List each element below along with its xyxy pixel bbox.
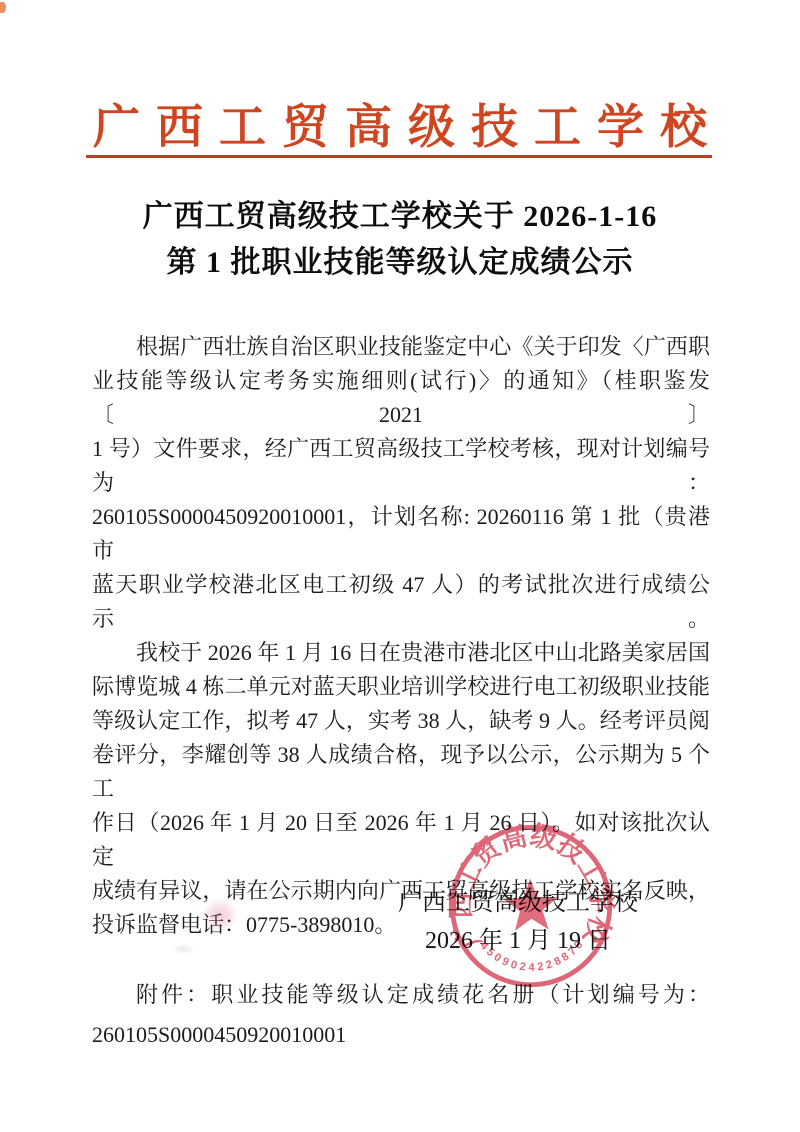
official-seal: 广西工贸高级技工学校 4509024228878 bbox=[410, 785, 652, 1027]
body-line: 我校于 2026 年 1 月 16 日在贵港市港北区中山北路美家居国 bbox=[92, 636, 710, 670]
ink-smudge-small bbox=[168, 942, 198, 956]
body-line: 业技能等级认定考务实施细则(试行)〉的通知》（桂职鉴发〔2021〕 bbox=[92, 364, 710, 432]
seal-number-textpath: 4509024228878 bbox=[477, 936, 586, 975]
body-line: 根据广西壮族自治区职业技能鉴定中心《关于印发〈广西职 bbox=[92, 330, 710, 364]
document-title-line1: 广西工贸高级技工学校关于 2026-1-16 bbox=[0, 194, 800, 240]
body-line: 260105S0000450920010001 bbox=[92, 1015, 710, 1055]
body-line: 等级认定工作，拟考 47 人，实考 38 人，缺考 9 人。经考评员阅 bbox=[92, 704, 710, 738]
document-page: 广西工贸高级技工学校 广西工贸高级技工学校关于 2026-1-16 第 1 批职… bbox=[0, 0, 800, 1132]
body-line: 际博览城 4 栋二单元对蓝天职业培训学校进行电工初级职业技能 bbox=[92, 670, 710, 704]
body-line: 蓝天职业学校港北区电工初级 47 人）的考试批次进行成绩公示。 bbox=[92, 568, 710, 636]
seal-number: 4509024228878 bbox=[477, 936, 586, 975]
paragraph: 根据广西壮族自治区职业技能鉴定中心《关于印发〈广西职业技能等级认定考务实施细则(… bbox=[92, 330, 710, 636]
body-line: 260105S0000450920010001，计划名称: 20260116 第… bbox=[92, 500, 710, 568]
official-seal-svg: 广西工贸高级技工学校 4509024228878 bbox=[410, 785, 652, 1027]
letterhead-school-name: 广西工贸高级技工学校 bbox=[0, 90, 800, 157]
document-title: 广西工贸高级技工学校关于 2026-1-16 第 1 批职业技能等级认定成绩公示 bbox=[0, 194, 800, 286]
body-line: 1 号）文件要求，经广西工贸高级技工学校考核，现对计划编号为： bbox=[92, 432, 710, 500]
ink-smudge bbox=[196, 893, 244, 937]
seal-star-icon bbox=[503, 877, 559, 931]
document-title-line2: 第 1 批职业技能等级认定成绩公示 bbox=[0, 240, 800, 286]
letterhead-divider-rule bbox=[86, 155, 712, 158]
scan-artifact-speck bbox=[0, 2, 6, 13]
